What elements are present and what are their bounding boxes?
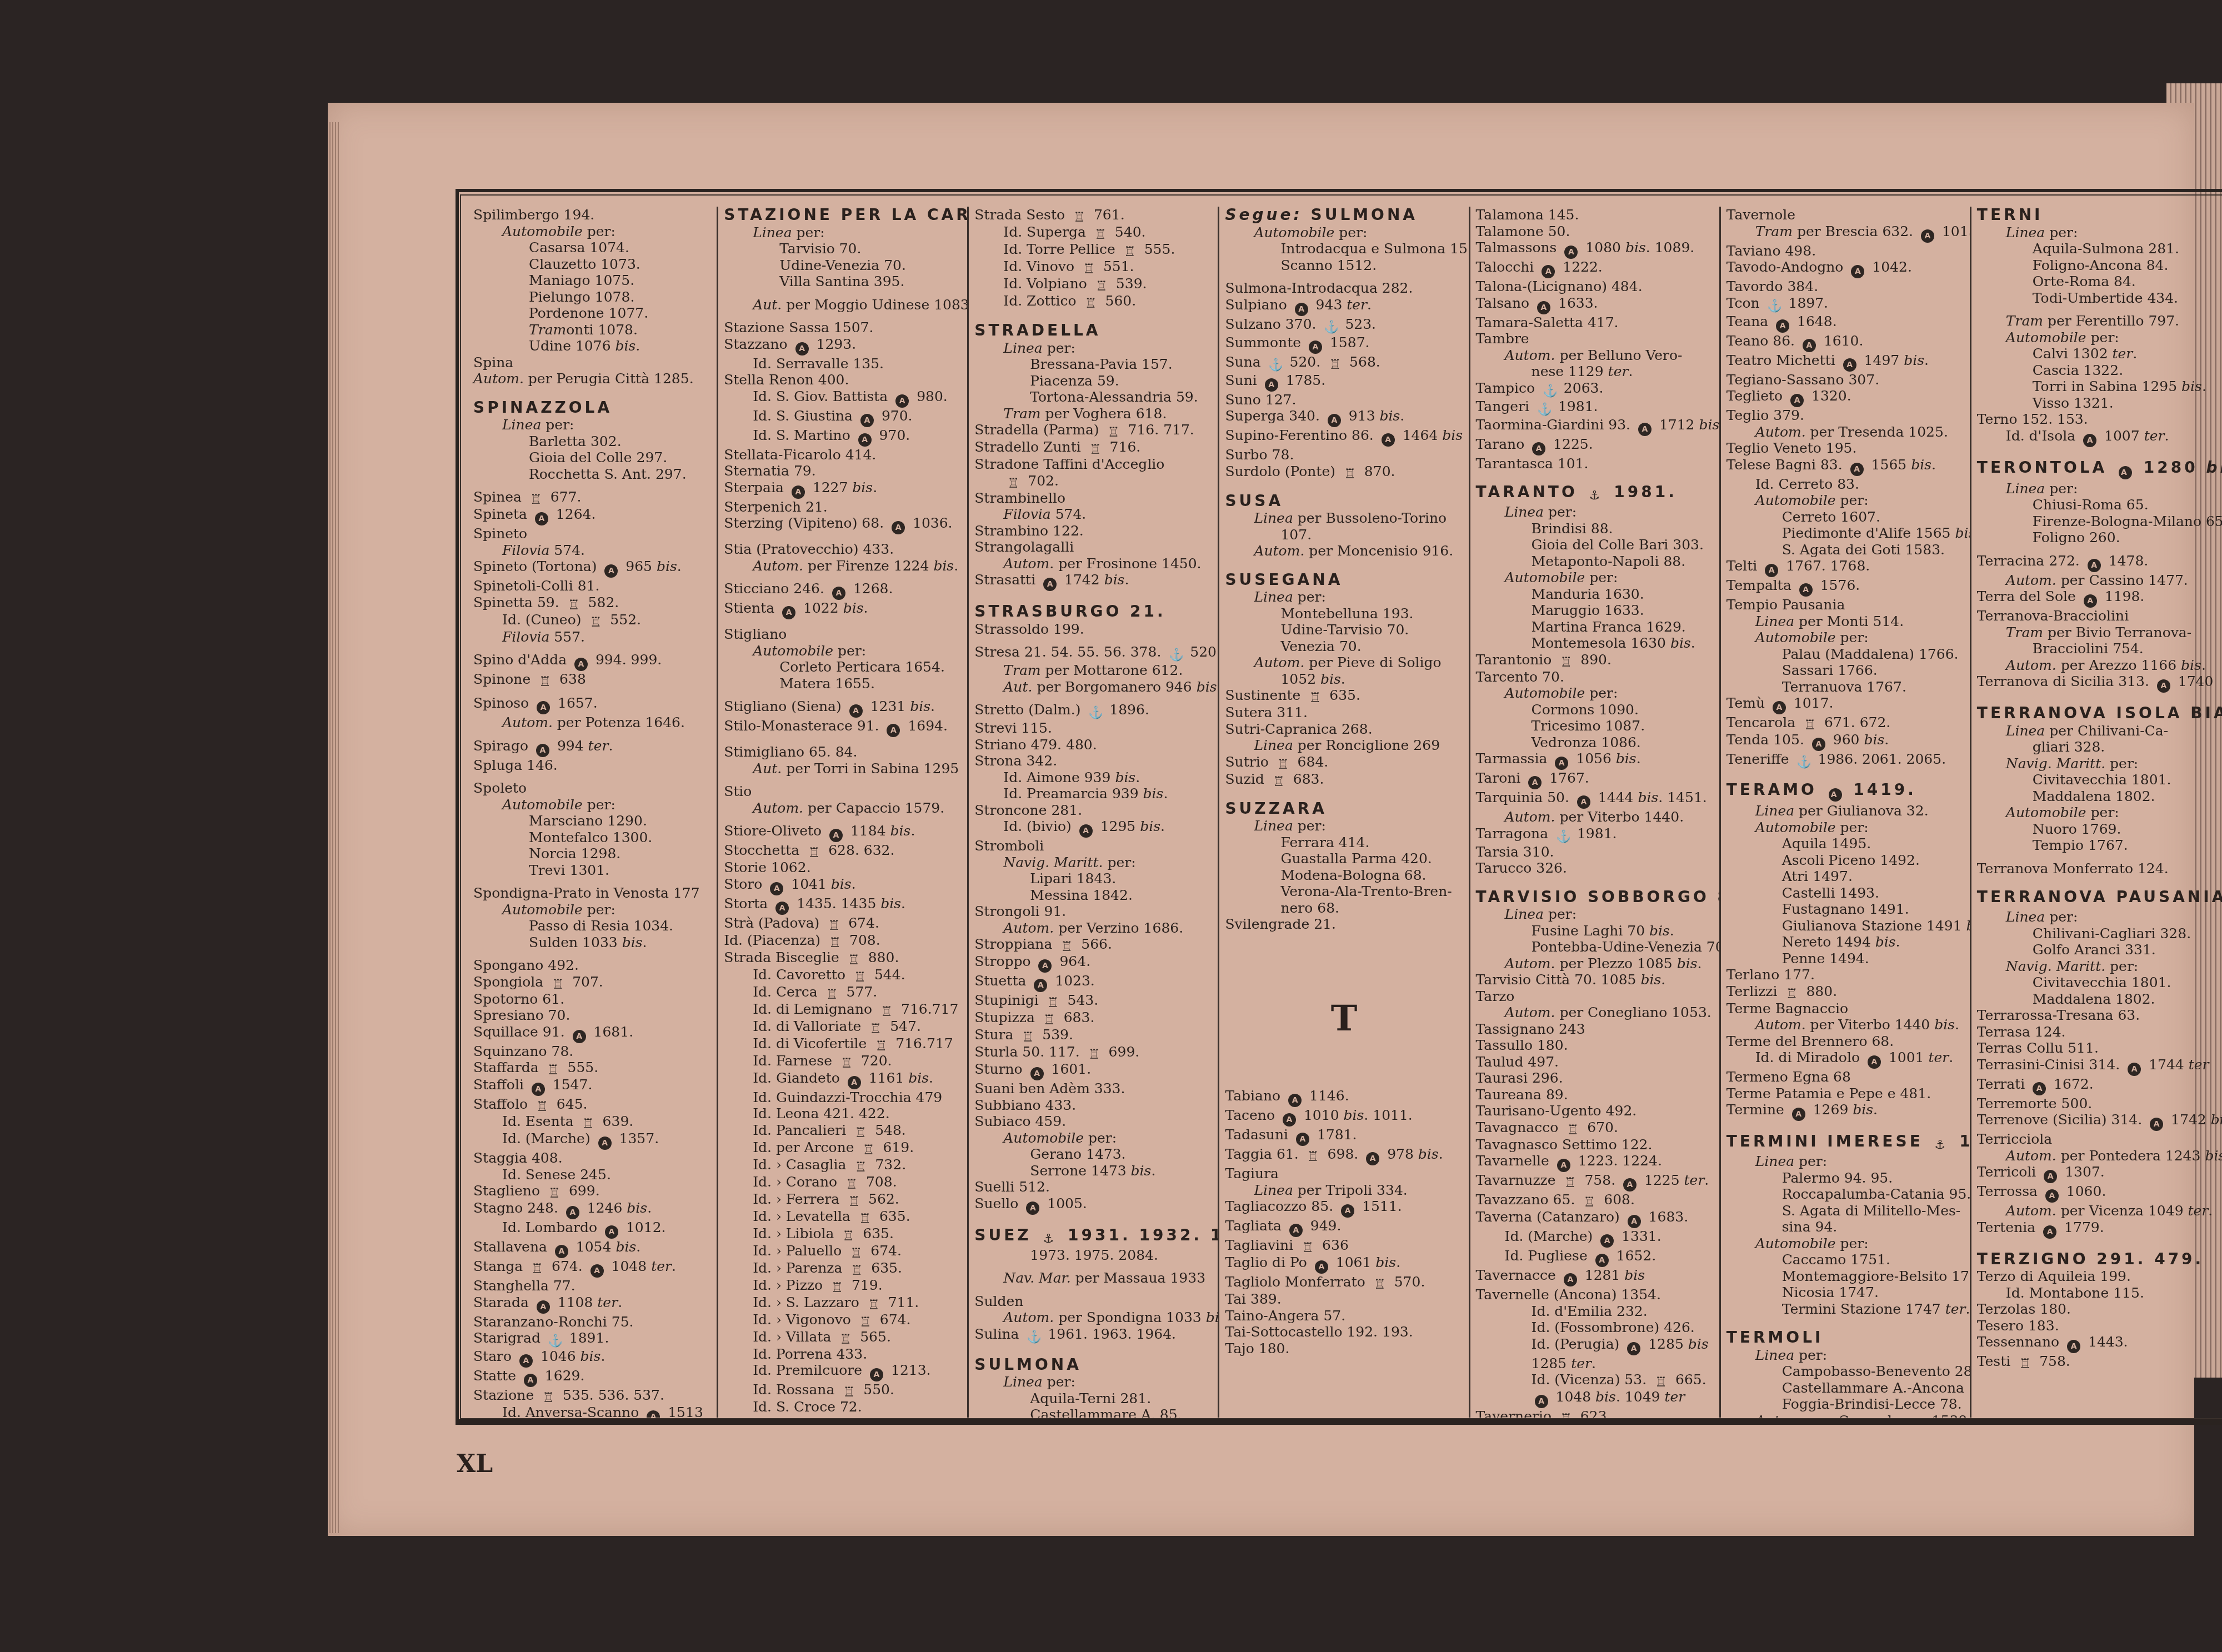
index-entry: Tarano A 1225. — [1476, 436, 1714, 455]
index-subentry: Autom. per Verzino 1686. — [974, 920, 1212, 937]
index-entry: Suno 127. — [1225, 392, 1463, 408]
index-subentry: sina 94. — [1726, 1219, 1964, 1235]
index-subentry: Messina 1842. — [974, 887, 1212, 904]
index-subentry: Campobasso-Benevento 285. — [1726, 1363, 1964, 1380]
index-entry: Spinetoli-Colli 81. — [473, 578, 711, 594]
tram-bell-icon: ♖ — [1654, 1375, 1668, 1389]
index-subentry: ♖ 702. — [974, 473, 1212, 490]
index-subentry: Linea per: — [473, 417, 711, 433]
index-entry: Sternatia 79. — [724, 463, 962, 479]
ship-anchor-icon: ⚓ — [1169, 649, 1182, 662]
index-subentry: Id. Serravalle 135. — [724, 356, 962, 372]
index-entry: Stia (Pratovecchio) 433. — [724, 541, 962, 558]
index-subentry: Id. Leona 421. 422. — [724, 1105, 962, 1122]
index-subentry: Id. Lombardo A 1012. — [473, 1219, 711, 1239]
automobile-circle-icon: A — [1026, 1202, 1039, 1215]
automobile-circle-icon: A — [590, 1264, 604, 1278]
index-entry: Terranova-Bracciolini — [1977, 608, 2216, 624]
index-entry: Stanga ♖ 674. A 1048 ter. — [473, 1258, 711, 1278]
index-entry: Suello A 1005. — [974, 1195, 1212, 1215]
index-entry: Tesero 183. — [1977, 1318, 2216, 1334]
automobile-circle-icon: A — [573, 1030, 586, 1043]
automobile-circle-icon: A — [775, 902, 789, 915]
index-subentry: Id. Farnese ♖ 720. — [724, 1053, 962, 1070]
index-entry: Spina — [473, 354, 711, 371]
index-subentry: Linea per Chilivani-Ca- — [1977, 723, 2216, 739]
index-subentry: Gerano 1473. — [974, 1146, 1212, 1163]
index-subentry: Castellammare A. 85. — [974, 1406, 1212, 1418]
index-subentry: Automobile per: — [1726, 1235, 1964, 1252]
automobile-circle-icon: A — [1623, 1178, 1637, 1192]
index-subentry: Id. › Casaglia ♖ 732. — [724, 1157, 962, 1174]
index-subentry: Autom. per Plezzo 1085 bis. — [1476, 955, 1714, 972]
index-subentry: Visso 1321. — [1977, 395, 2216, 412]
index-entry: Terrenove (Sicilia) 314. A 1742 bis — [1977, 1112, 2216, 1131]
index-subentry: Id. di Miradolo A 1001 ter. — [1726, 1049, 1964, 1069]
index-entry: Terzolas 180. — [1977, 1301, 2216, 1318]
index-subentry: Brindisi 88. — [1476, 520, 1714, 537]
index-entry: Sterpenich 21. — [724, 499, 962, 515]
tram-bell-icon: ♖ — [1307, 1150, 1320, 1163]
index-subentry: Id. Cerreto 83. — [1726, 476, 1964, 493]
index-entry: Starigrad ⚓ 1891. — [473, 1330, 711, 1348]
index-subentry: Automobile per: — [1476, 685, 1714, 702]
index-entry: Stiore-Oliveto A 1184 bis. — [724, 823, 962, 842]
automobile-circle-icon: A — [537, 1300, 550, 1314]
tram-bell-icon: ♖ — [548, 1187, 561, 1200]
automobile-circle-icon: A — [1557, 1159, 1570, 1172]
index-subentry: Udine-Tarvisio 70. — [1225, 622, 1463, 638]
index-entry: Tavazzano 65. ♖ 608. — [1476, 1192, 1714, 1209]
index-entry: Tangeri ⚓ 1981. — [1476, 398, 1714, 417]
tram-bell-icon: ♖ — [1563, 1176, 1577, 1189]
index-entry: Terme Bagnaccio — [1726, 1000, 1964, 1017]
index-subentry: Barletta 302. — [473, 433, 711, 450]
index-entry: Tagliavini ♖ 636 — [1225, 1237, 1463, 1254]
tram-bell-icon: ♖ — [1272, 775, 1285, 788]
index-subentry: Cormons 1090. — [1476, 702, 1714, 718]
station-heading: Segue: SULMONA — [1225, 207, 1463, 223]
index-subentry: Ferrara 414. — [1225, 834, 1463, 851]
index-subentry: Aut. per Moggio Udinese 1083 — [724, 297, 962, 313]
station-heading: STRADELLA — [974, 322, 1212, 339]
tram-bell-icon: ♖ — [880, 1005, 893, 1018]
index-subentry: Pordenone 1077. — [473, 305, 711, 322]
automobile-circle-icon: A — [1043, 578, 1057, 591]
index-subentry: Aquila-Terni 281. — [974, 1390, 1212, 1407]
index-entry: Strà (Padova) ♖ 674. — [724, 915, 962, 932]
index-subentry: Castelli 1493. — [1726, 885, 1964, 902]
automobile-circle-icon: A — [1812, 738, 1825, 751]
index-entry: Tempio Pausania — [1726, 597, 1964, 613]
index-subentry: Autom. per Capaccio 1579. — [724, 800, 962, 817]
index-entry: Tambre — [1476, 331, 1714, 347]
tram-bell-icon: ♖ — [1095, 279, 1108, 293]
index-subentry: Trevi 1301. — [473, 862, 711, 879]
tram-bell-icon: ♖ — [847, 1195, 860, 1208]
index-entry: Stigliano (Siena) A 1231 bis. — [724, 698, 962, 718]
index-subentry: Id. Aimone 939 bis. — [974, 769, 1212, 786]
index-subentry: Navig. Maritt. per: — [1977, 755, 2216, 772]
automobile-circle-icon: A — [1600, 1234, 1614, 1248]
index-entry: Sulina ⚓ 1961. 1963. 1964. — [974, 1326, 1212, 1344]
index-entry: Taulud 497. — [1476, 1054, 1714, 1070]
index-entry: Stretto (Dalm.) ⚓ 1896. — [974, 702, 1212, 720]
index-entry: Taurisano-Ugento 492. — [1476, 1103, 1714, 1119]
index-subentry: Automobile per: — [1225, 224, 1463, 241]
index-entry: Telti A 1767. 1768. — [1726, 558, 1964, 577]
index-entry: Teglio Veneto 195. — [1726, 440, 1964, 457]
tram-bell-icon: ♖ — [842, 1229, 855, 1243]
index-entry: Storie 1062. — [724, 859, 962, 876]
index-entry: Tarantonio ♖ 890. — [1476, 652, 1714, 669]
automobile-circle-icon: A — [574, 658, 588, 671]
index-entry: Starada A 1108 ter. — [473, 1294, 711, 1314]
automobile-circle-icon: A — [1265, 378, 1278, 392]
index-subentry: Navig. Maritt. per: — [1977, 958, 2216, 975]
index-entry: Tarragona ⚓ 1981. — [1476, 825, 1714, 844]
ship-anchor-icon: ⚓ — [1556, 830, 1569, 844]
index-entry: Spinone ♖ 638 — [473, 671, 711, 688]
index-entry: Spongano 492. — [473, 957, 711, 974]
index-entry: Suani ben Adèm 333. — [974, 1080, 1212, 1097]
index-subentry: Marsciano 1290. — [473, 813, 711, 829]
index-entry: Stazzano A 1293. — [724, 336, 962, 356]
index-subentry: Giulianova Stazione 1491 bis — [1726, 918, 1964, 934]
station-heading: SULMONA — [974, 1356, 1212, 1373]
index-subentry: Id. Volpiano ♖ 539. — [974, 276, 1212, 293]
index-subentry: Linea per Giulianova 32. — [1726, 803, 1964, 819]
index-entry: Sulden — [974, 1293, 1212, 1310]
ship-anchor-icon: ⚓ — [1935, 1139, 1948, 1152]
index-subentry: Linea per: — [974, 340, 1212, 357]
tram-bell-icon: ♖ — [1308, 691, 1322, 704]
index-entry: Tamara-Saletta 417. — [1476, 314, 1714, 331]
ship-anchor-icon: ⚓ — [548, 1335, 562, 1348]
automobile-circle-icon: A — [1315, 1260, 1328, 1274]
index-subentry: Nicosia 1747. — [1726, 1284, 1964, 1301]
index-subentry: Id. Zottico ♖ 560. — [974, 293, 1212, 310]
index-subentry: Bressana-Pavia 157. — [974, 356, 1212, 373]
station-heading: TERMOLI — [1726, 1329, 1964, 1346]
index-subentry: Autom. per Conegliano 1053. — [1476, 1004, 1714, 1021]
index-entry: Tadasuni A 1781. — [1225, 1127, 1463, 1146]
index-entry: Sticciano 246. A 1268. — [724, 580, 962, 600]
index-subentry: Manduria 1630. — [1476, 586, 1714, 603]
index-subentry: Id. (Vicenza) 53. ♖ 665. — [1476, 1371, 1714, 1389]
index-subentry: Automobile per: — [1977, 804, 2216, 821]
index-subentry: Cerreto 1607. — [1726, 509, 1964, 525]
automobile-circle-icon: A — [535, 512, 548, 525]
index-column-5: Talamona 145.Talamone 50.Talmassons A 10… — [1470, 207, 1721, 1418]
station-heading: TERNI — [1977, 207, 2216, 223]
automobile-circle-icon: A — [2084, 594, 2097, 608]
index-entry: Terranova di Sicilia 313. A 1740 — [1977, 673, 2216, 693]
index-entry: Tarzo — [1476, 988, 1714, 1005]
index-entry: Teatro Michetti A 1497 bis. — [1726, 352, 1964, 372]
index-subentry: Aut. per Torri in Sabina 1295 — [724, 760, 962, 777]
index-subentry: Id. › Villata ♖ 565. — [724, 1329, 962, 1346]
automobile-circle-icon: A — [1765, 564, 1778, 577]
automobile-circle-icon: A — [1790, 394, 1804, 407]
tram-bell-icon: ♖ — [825, 988, 839, 1001]
index-entry: Terrasini-Cinisi 314. A 1744 ter — [1977, 1057, 2216, 1076]
automobile-circle-icon: A — [1799, 583, 1813, 597]
index-subentry: Id. di Lemignano ♖ 716.717 — [724, 1001, 962, 1018]
index-entry: Tegiano-Sassano 307. — [1726, 372, 1964, 388]
index-subentry: Automobile per: — [1726, 492, 1964, 509]
index-entry: Stio — [724, 783, 962, 800]
index-entry: Testi ♖ 758. — [1977, 1353, 2216, 1370]
automobile-circle-icon: A — [849, 704, 863, 718]
tram-bell-icon: ♖ — [1343, 467, 1357, 480]
index-subentry: Tricesimo 1087. — [1476, 718, 1714, 734]
automobile-circle-icon: A — [1868, 1055, 1881, 1069]
index-subentry: Id. Porrena 433. — [724, 1346, 962, 1363]
index-subentry: Autom. per Firenze 1224 bis. — [724, 558, 962, 574]
section-letter: T — [1225, 1010, 1463, 1027]
station-heading: TERAMO A 1419. — [1726, 782, 1964, 802]
index-subentry: Id. per Arcone ♖ 619. — [724, 1139, 962, 1157]
index-entry: Tempalta A 1576. — [1726, 577, 1964, 597]
index-subentry: Automobile per: — [473, 902, 711, 918]
automobile-circle-icon: A — [795, 342, 809, 356]
tram-bell-icon: ♖ — [1559, 655, 1573, 669]
index-entry: Spotorno 61. — [473, 991, 711, 1008]
index-subentry: Foligno 260. — [1977, 529, 2216, 546]
index-entry: Terme del Brennero 68. — [1726, 1033, 1964, 1050]
index-subentry: Guastalla Parma 420. — [1225, 850, 1463, 867]
index-subentry: Piacenza 59. — [974, 373, 1212, 389]
index-subentry: Autom. per Frosinone 1450. — [974, 555, 1212, 572]
index-subentry: Pontebba-Udine-Venezia 70 — [1476, 939, 1714, 955]
index-subentry: Passo di Resia 1034. — [473, 918, 711, 934]
automobile-circle-icon: A — [2157, 679, 2170, 693]
automobile-circle-icon: A — [829, 829, 843, 842]
tram-bell-icon: ♖ — [1084, 297, 1098, 310]
index-entry: Tarcento 70. — [1476, 669, 1714, 685]
automobile-circle-icon: A — [1577, 795, 1590, 809]
index-subentry: Autom. per Tresenda 1025. — [1726, 424, 1964, 440]
automobile-circle-icon: A — [1542, 265, 1555, 278]
index-entry: Taurasi 296. — [1476, 1070, 1714, 1087]
automobile-circle-icon: A — [1627, 1342, 1640, 1355]
index-subentry: Id. › Libiola ♖ 635. — [724, 1225, 962, 1243]
index-entry: Sterzing (Vipiteno) 68. A 1036. — [724, 515, 962, 534]
index-entry: Tessennano A 1443. — [1977, 1334, 2216, 1353]
index-entry: Storta A 1435. 1435 bis. — [724, 895, 962, 915]
index-subentry: Id. › Levatella ♖ 635. — [724, 1208, 962, 1225]
index-subentry: Automobile per: — [473, 797, 711, 813]
index-entry: Terrasa 124. — [1977, 1024, 2216, 1040]
automobile-circle-icon: A — [519, 1354, 533, 1368]
automobile-circle-icon: A — [1283, 1113, 1296, 1127]
index-entry: Tajo 180. — [1225, 1340, 1463, 1357]
index-subentry: Linea per Bussoleno-Torino — [1225, 510, 1463, 527]
index-entry: Sulzano 370. ⚓ 523. — [1225, 316, 1463, 334]
tram-bell-icon: ♖ — [547, 1063, 560, 1077]
index-subentry: Linea per: — [1977, 909, 2216, 925]
station-heading: TERRANOVA ISOLA BIANCA — [1977, 705, 2216, 722]
automobile-circle-icon: A — [1850, 463, 1864, 476]
index-subentry: Id. Guindazzi-Trocchia 479 — [724, 1089, 962, 1106]
index-subentry: Casarsa 1074. — [473, 239, 711, 256]
index-entry: Telese Bagni 83. A 1565 bis. — [1726, 457, 1964, 476]
index-subentry: Gioia del Colle 297. — [473, 449, 711, 466]
tram-bell-icon: ♖ — [807, 846, 820, 859]
automobile-circle-icon: A — [792, 485, 805, 499]
index-subentry: Automobile per: — [1726, 629, 1964, 646]
index-subentry: Linea per: — [1977, 224, 2216, 241]
automobile-circle-icon: A — [1535, 1395, 1548, 1408]
index-subentry: Autom. per Arezzo 1166 bis. — [1977, 657, 2216, 674]
index-entry: Spilimbergo 194. — [473, 207, 711, 223]
index-subentry: Sassari 1766. — [1726, 662, 1964, 679]
automobile-circle-icon: A — [1079, 824, 1093, 838]
index-subentry: Id. Montabone 115. — [1977, 1285, 2216, 1301]
index-entry: Tagliata A 949. — [1225, 1218, 1463, 1237]
index-entry: Spongiola ♖ 707. — [473, 974, 711, 991]
tram-bell-icon: ♖ — [827, 919, 840, 932]
index-entry: Terra del Sole A 1198. — [1977, 588, 2216, 608]
ship-anchor-icon: ⚓ — [1027, 1331, 1040, 1344]
automobile-circle-icon: A — [524, 1374, 537, 1387]
automobile-circle-icon: A — [887, 724, 900, 737]
tram-bell-icon: ♖ — [2018, 1357, 2031, 1370]
index-subentry: Id. Premilcuore A 1213. — [724, 1362, 962, 1381]
index-subentry: Id. Anversa-Scanno A 1513 — [473, 1404, 711, 1418]
index-entry: Stroncone 281. — [974, 802, 1212, 819]
page-number: XL — [457, 1450, 493, 1478]
index-entry: Terricoli A 1307. — [1977, 1164, 2216, 1183]
index-subentry: Fustagnano 1491. — [1726, 901, 1964, 918]
index-subentry: Nereto 1494 bis. — [1726, 934, 1964, 950]
index-entry: Spineta A 1264. — [473, 506, 711, 525]
automobile-circle-icon: A — [1843, 358, 1856, 372]
index-subentry: Id. (Marche) A 1357. — [473, 1130, 711, 1150]
index-subentry: Clauzetto 1073. — [473, 256, 711, 273]
station-heading: TERRANOVA PAUSANIA ⚓ 1806. — [1977, 889, 2216, 908]
index-entry: Sustinente ♖ 635. — [1225, 687, 1463, 704]
index-subentry: Palermo 94. 95. — [1726, 1170, 1964, 1187]
tram-bell-icon: ♖ — [1328, 358, 1342, 371]
index-subentry: Rocchetta S. Ant. 297. — [473, 466, 711, 483]
ship-anchor-icon: ⚓ — [1537, 403, 1550, 417]
index-subentry: Id. Senese 245. — [473, 1167, 711, 1183]
index-subentry: Palau (Maddalena) 1766. — [1726, 646, 1964, 663]
index-subentry: Id. S. Martino A 970. — [724, 427, 962, 447]
tram-bell-icon: ♖ — [1785, 987, 1798, 1000]
index-entry: Stradello Zunti ♖ 716. — [974, 439, 1212, 456]
index-subentry: Venezia 70. — [1225, 638, 1463, 655]
index-entry: Stilo-Monasterace 91. A 1694. — [724, 718, 962, 737]
index-entry: Spresiano 70. — [473, 1007, 711, 1024]
index-subentry: Linea per: — [1225, 589, 1463, 605]
automobile-circle-icon: A — [770, 882, 783, 895]
index-entry: Stromboli — [974, 838, 1212, 854]
index-entry: Terremorte 500. — [1977, 1095, 2216, 1112]
index-entry: Sturla 50. 117. ♖ 699. — [974, 1044, 1212, 1061]
index-subentry: nese 1129 ter. — [1476, 363, 1714, 380]
automobile-circle-icon: A — [832, 587, 845, 600]
index-subentry: Civitavecchia 1801. — [1977, 772, 2216, 788]
index-entry: Termine A 1269 bis. — [1726, 1102, 1964, 1121]
automobile-circle-icon: A — [892, 521, 905, 534]
index-subentry: Villa Santina 395. — [724, 273, 962, 290]
index-subentry: Calvi 1302 ter. — [1977, 346, 2216, 362]
index-subentry: Id. (Marche) A 1331. — [1476, 1228, 1714, 1248]
automobile-circle-icon: A — [1773, 701, 1786, 714]
index-subentry: Id. S. Croce 72. — [724, 1399, 962, 1415]
index-subentry: Id. S. Giov. Battista A 980. — [724, 388, 962, 408]
index-entry: Stienta A 1022 bis. — [724, 600, 962, 619]
index-entry: Tenda 105. A 960 bis. — [1726, 732, 1964, 751]
automobile-circle-icon: A — [2033, 1082, 2046, 1095]
tram-bell-icon: ♖ — [869, 1022, 882, 1035]
index-entry: Tavernole — [1726, 207, 1964, 223]
index-subentry: Introdacqua e Sulmona 1514 — [1225, 241, 1463, 257]
index-subentry: S. Agata di Militello-Mes- — [1726, 1203, 1964, 1219]
index-subentry: Vedronza 1086. — [1476, 734, 1714, 751]
automobile-circle-icon: A — [860, 414, 874, 427]
automobile-circle-icon: A — [1532, 442, 1545, 455]
index-column-6: TavernoleTram per Brescia 632. A 1015Tav… — [1721, 207, 1971, 1418]
automobile-circle-icon: A — [848, 1076, 861, 1089]
index-subentry: Linea per: — [1977, 480, 2216, 497]
automobile-circle-icon: A — [1851, 265, 1864, 278]
tram-bell-icon: ♖ — [1060, 940, 1073, 953]
tram-bell-icon: ♖ — [1583, 1195, 1596, 1209]
index-entry: Stellata-Ficarolo 414. — [724, 447, 962, 463]
index-subentry: Atri 1497. — [1726, 868, 1964, 885]
tram-bell-icon: ♖ — [840, 1057, 853, 1070]
index-entry: Tagliolo Monferrato ♖ 570. — [1225, 1274, 1463, 1291]
tram-bell-icon: ♖ — [842, 1385, 855, 1399]
index-subentry: Serrone 1473 bis. — [974, 1163, 1212, 1179]
index-entry: Staro A 1046 bis. — [473, 1348, 711, 1368]
index-subentry: Id. Preamarcia 939 bis. — [974, 785, 1212, 802]
tram-bell-icon: ♖ — [1047, 996, 1060, 1009]
automobile-circle-icon: A — [566, 1206, 579, 1219]
automobile-circle-icon: A — [647, 1410, 660, 1418]
index-entry: Taureana 89. — [1476, 1087, 1714, 1103]
index-entry: Stazione Sassa 1507. — [724, 319, 962, 336]
index-subentry: Filovia 574. — [473, 542, 711, 559]
index-entry: Spirago A 994 ter. — [473, 738, 711, 757]
automobile-circle-icon: A — [1803, 339, 1816, 352]
index-entry: Squinzano 78. — [473, 1043, 711, 1060]
index-entry: Tencarola ♖ 671. 672. — [1726, 714, 1964, 732]
tram-bell-icon: ♖ — [551, 978, 564, 991]
index-subentry: Automobile per: — [724, 643, 962, 659]
index-subentry: 1052 bis. — [1225, 671, 1463, 688]
index-entry: Taglio di Po A 1061 bis. — [1225, 1254, 1463, 1274]
index-entry: Strassoldo 199. — [974, 621, 1212, 638]
index-entry: Autom. per Perugia Città 1285. — [473, 371, 711, 387]
index-entry: Teana A 1648. — [1726, 313, 1964, 333]
index-entry: Stresa 21. 54. 55. 56. 378. ⚓ 520. — [974, 644, 1212, 662]
automobile-circle-icon: A — [1328, 414, 1341, 427]
index-subentry: 1285 ter. — [1476, 1355, 1714, 1372]
automobile-circle-icon: A — [1030, 1067, 1044, 1080]
tram-bell-icon: ♖ — [853, 970, 867, 984]
index-subentry: Castellammare A.-Ancona 78. — [1726, 1380, 1964, 1396]
index-entry: Suni A 1785. — [1225, 372, 1463, 392]
automobile-circle-icon: A — [2045, 1189, 2059, 1203]
tram-bell-icon: ♖ — [1373, 1278, 1387, 1291]
index-subentry: Tram per Ferentillo 797. — [1977, 313, 2216, 329]
index-subentry: gliari 328. — [1977, 739, 2216, 755]
